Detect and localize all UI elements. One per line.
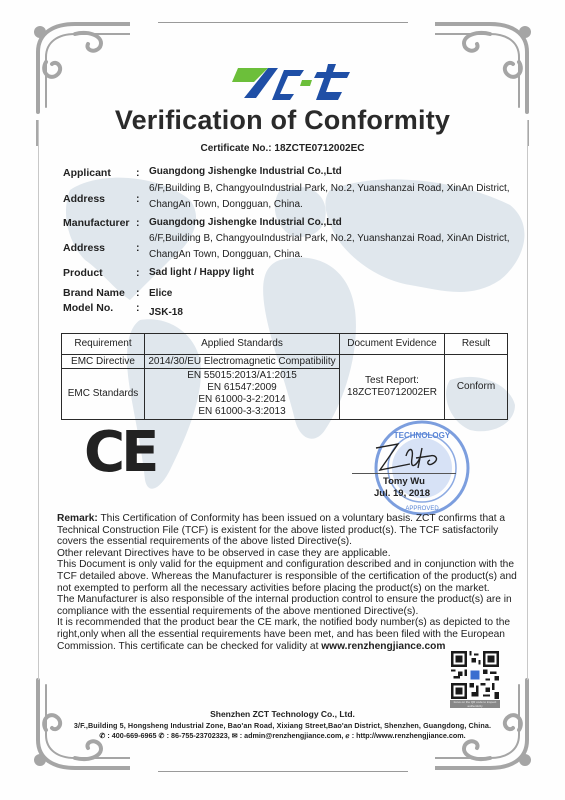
manufacturer-address: 6/F,Building B, ChangyouIndustrial Park,… bbox=[149, 231, 519, 263]
phone-icon: ✆ bbox=[99, 731, 105, 740]
address-line-1: 6/F,Building B, ChangyouIndustrial Park,… bbox=[149, 231, 519, 247]
ce-mark: CE bbox=[84, 420, 155, 485]
colon: : bbox=[136, 302, 140, 314]
footer-email[interactable]: : admin@renzhengjiance.com, bbox=[240, 731, 344, 740]
standard-item: EN 61000-3-2:2014 bbox=[147, 394, 337, 406]
standards-table: Requirement Applied Standards Document E… bbox=[61, 333, 508, 420]
manufacturer-value: Guangdong Jishengke Industrial Co.,Ltd bbox=[149, 215, 519, 231]
email-icon: ✉ bbox=[232, 731, 238, 740]
remark-paragraph: This Document is only valid for the equi… bbox=[57, 559, 527, 594]
remark-paragraph: The Manufacturer is also responsible of … bbox=[57, 594, 527, 617]
colon: : bbox=[136, 167, 140, 179]
table-row: EMC Directive 2014/30/EU Electromagnetic… bbox=[62, 355, 508, 369]
model-no-value: JSK-18 bbox=[149, 305, 519, 321]
standard-item: EN 55015:2013/A1:2015 bbox=[147, 370, 337, 382]
standards-cell: 2014/30/EU Electromagnetic Compatibility bbox=[145, 355, 340, 369]
web-icon: ℯ bbox=[345, 731, 349, 740]
colon: : bbox=[136, 242, 140, 254]
header-result: Result bbox=[445, 334, 508, 355]
requirement-cell: EMC Directive bbox=[62, 355, 145, 369]
address-line-2: ChangAn Town, Dongguan, China. bbox=[149, 197, 519, 213]
remark-section: Remark: This Certification of Conformity… bbox=[57, 513, 527, 652]
footer-website[interactable]: : http://www.renzhengjiance.com. bbox=[352, 731, 466, 740]
remark-label: Remark: bbox=[57, 513, 98, 524]
document-evidence-cell: Test Report: 18ZCTE0712002ER bbox=[340, 355, 445, 420]
signature-line bbox=[352, 473, 456, 474]
signature-date: Jul. 19, 2018 bbox=[374, 488, 430, 499]
header-document-evidence: Document Evidence bbox=[340, 334, 445, 355]
colon: : bbox=[136, 267, 140, 279]
applicant-label: Applicant bbox=[63, 167, 111, 179]
certificate-number-value: 18ZCTE0712002EC bbox=[274, 143, 364, 154]
address-line-2: ChangAn Town, Dongguan, China. bbox=[149, 247, 519, 263]
certificate-number-label: Certificate No.: bbox=[201, 143, 272, 154]
product-value: Sad light / Happy light bbox=[149, 265, 519, 281]
svg-text:APPROVED: APPROVED bbox=[405, 506, 439, 512]
manufacturer-label: Manufacturer bbox=[63, 217, 130, 229]
remark-text: This Certification of Conformity has bee… bbox=[57, 513, 505, 547]
header-requirement: Requirement bbox=[62, 334, 145, 355]
document-title: Verification of Conformity bbox=[0, 105, 565, 136]
border-right-side bbox=[527, 120, 528, 680]
footer-contact: ✆ : 400-669-6965 ✆ : 86-755-23702323, ✉ … bbox=[0, 731, 565, 740]
footer-address: 3/F.,Building 5, Hongsheng Industrial Zo… bbox=[0, 721, 565, 730]
evidence-label: Test Report: bbox=[342, 375, 442, 387]
brand-name-value: Elice bbox=[149, 286, 519, 302]
qr-code[interactable] bbox=[451, 651, 499, 699]
address-line-1: 6/F,Building B, ChangyouIndustrial Park,… bbox=[149, 181, 519, 197]
footer-phone-2: : 86-755-23702323, bbox=[167, 731, 230, 740]
colon: : bbox=[136, 193, 140, 205]
zct-logo bbox=[232, 60, 352, 102]
table-header-row: Requirement Applied Standards Document E… bbox=[62, 334, 508, 355]
validity-website-link[interactable]: www.renzhengjiance.com bbox=[321, 641, 445, 652]
standard-item: EN 61000-3-3:2013 bbox=[147, 406, 337, 418]
signer-name: Tomy Wu bbox=[383, 476, 425, 487]
colon: : bbox=[136, 287, 140, 299]
qr-caption: focus on the QR code to inspect authenti… bbox=[450, 700, 500, 708]
brand-name-label: Brand Name bbox=[63, 287, 125, 299]
applicant-address: 6/F,Building B, ChangyouIndustrial Park,… bbox=[149, 181, 519, 213]
address-label: Address bbox=[63, 193, 105, 205]
result-cell: Conform bbox=[445, 355, 508, 420]
remark-paragraph: Remark: This Certification of Conformity… bbox=[57, 513, 527, 548]
phone-icon: ✆ bbox=[159, 731, 165, 740]
certificate-number: Certificate No.: 18ZCTE0712002EC bbox=[0, 143, 565, 154]
signature bbox=[370, 438, 460, 478]
border-left-side bbox=[38, 120, 39, 680]
requirement-cell: EMC Standards bbox=[62, 369, 145, 420]
address-label: Address bbox=[63, 242, 105, 254]
border-top-line bbox=[158, 22, 408, 23]
remark-paragraph: Other relevant Directives have to be obs… bbox=[57, 548, 527, 560]
header-applied-standards: Applied Standards bbox=[145, 334, 340, 355]
product-label: Product bbox=[63, 267, 103, 279]
applicant-value: Guangdong Jishengke Industrial Co.,Ltd bbox=[149, 164, 519, 180]
evidence-report-no: 18ZCTE0712002ER bbox=[342, 387, 442, 399]
border-bottom-line bbox=[158, 771, 408, 772]
standard-item: EN 61547:2009 bbox=[147, 382, 337, 394]
colon: : bbox=[136, 217, 140, 229]
standards-cell: EN 55015:2013/A1:2015 EN 61547:2009 EN 6… bbox=[145, 369, 340, 420]
model-no-label: Model No. bbox=[63, 302, 113, 314]
remark-paragraph: It is recommended that the product bear … bbox=[57, 617, 527, 652]
footer-phone-1: : 400-669-6965 bbox=[107, 731, 156, 740]
footer-company-name: Shenzhen ZCT Technology Co., Ltd. bbox=[0, 709, 565, 719]
